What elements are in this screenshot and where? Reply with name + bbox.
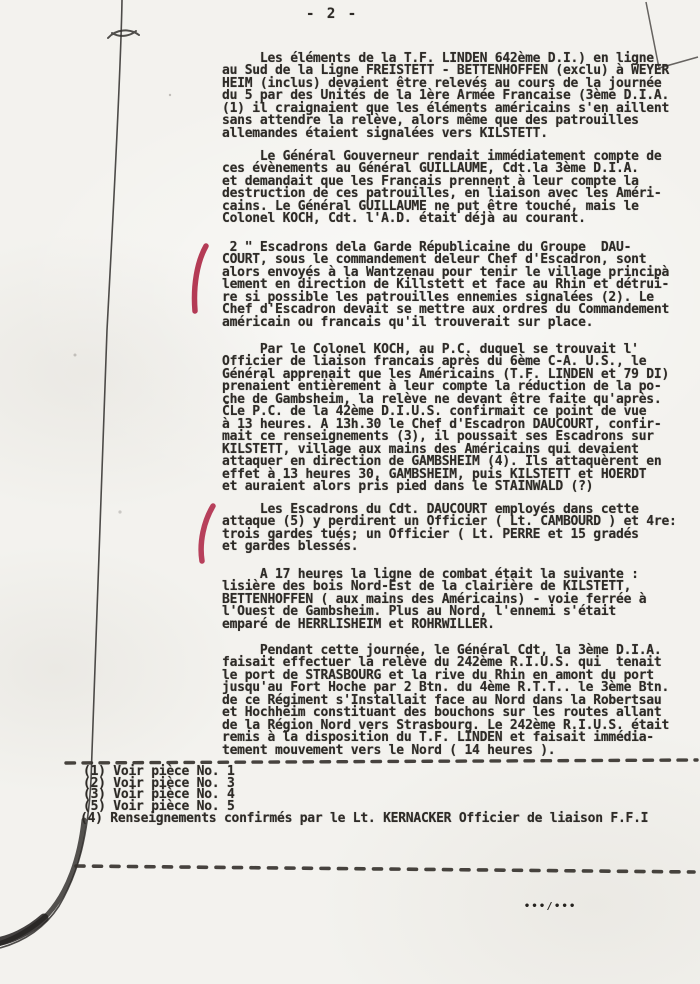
crease-knot-mark	[108, 30, 139, 38]
left-fold-crease-thickest	[0, 918, 44, 942]
page-continuation-mark: •••/•••	[524, 901, 577, 912]
document-paragraph-7: Pendant cette journée, le Général Cdt, l…	[222, 645, 669, 757]
red-margin-mark-1	[194, 246, 206, 311]
dashed-separator-top	[66, 760, 697, 763]
document-paragraph-5: Les Escadrons du Cdt. DAUCOURT employés …	[222, 504, 677, 554]
footnote-5: (4) Renseignements confirmés par le Lt. …	[80, 813, 648, 825]
scanned-document-page: - 2 - Les éléments de la T.F. LINDEN 642…	[0, 0, 700, 984]
page-number: - 2 -	[306, 6, 358, 22]
document-paragraph-3: 2 " Escadrons dela Garde Républicaine du…	[222, 242, 669, 329]
document-paragraph-1: Les éléments de la T.F. LINDEN 642ème D.…	[222, 53, 669, 140]
dashed-separator-bottom	[76, 866, 694, 872]
document-paragraph-4: Par le Colonel KOCH, au P.C. duquel se t…	[222, 344, 669, 493]
red-margin-mark-2	[201, 506, 213, 561]
document-paragraph-2: Le Général Gouverneur rendait immédiatem…	[222, 151, 661, 226]
left-fold-crease-thick	[0, 820, 84, 944]
document-paragraph-6: A 17 heures la ligne de combat était la …	[222, 569, 646, 631]
